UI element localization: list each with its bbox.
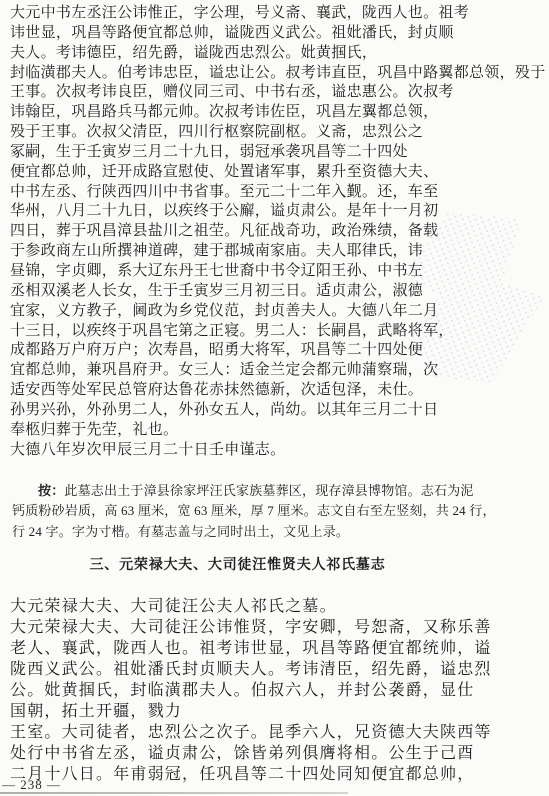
page-number: — 238 — bbox=[2, 777, 61, 793]
text-line: 四日，葬于巩昌漳县盐川之祖茔。凡征战奇功，政治殊绩，备载 bbox=[10, 222, 547, 242]
text-line: 大德八年岁次甲辰三月二十日壬申谨志。 bbox=[10, 441, 547, 461]
section-heading: 三、元荣禄大夫、大司徒汪惟贤夫人祁氏墓志 bbox=[10, 554, 465, 574]
text-line: 王室。大司徒者，忠烈公之次子。昆季六人，兄资德大夫陕西等 bbox=[10, 722, 547, 743]
note-label: 按： bbox=[38, 483, 64, 498]
text-line: 华州，八月二十九日，以疾终于公廨，谥贞肃公。是年十一月初 bbox=[10, 202, 547, 222]
note-text: 此墓志出土于漳县徐家坪汪氏家族墓葬区，现存漳县博物馆。志石为泥 bbox=[64, 483, 473, 498]
text-line: 大元中书左丞汪公讳惟正，字公理，号义斋、襄武，陇西人也。祖考 bbox=[10, 4, 547, 24]
text-line: 国朝，拓土开疆，戮力 bbox=[10, 701, 547, 722]
scan-edge-artifact bbox=[0, 792, 348, 794]
note-line: 按：此墓志出土于漳县徐家坪汪氏家族墓葬区，现存漳县博物馆。志石为泥 bbox=[12, 481, 547, 501]
scanned-book-page: 大元中书左丞汪公讳惟正，字公理，号义斋、襄武，陇西人也。祖考 讳世显，巩昌等路便… bbox=[0, 0, 549, 796]
text-line: 冢嗣，生于壬寅岁三月二十九日，弱冠承袭巩昌等二十四处 bbox=[10, 143, 547, 163]
text-line: 昼锦，字贞卿，系大辽东丹王七世裔中书令辽阳王孙、中书左 bbox=[10, 262, 547, 282]
text-line: 成都路万户府万户；次寿昌，昭勇大将军，巩昌等二十四处便 bbox=[10, 341, 547, 361]
text-line: 大元荣禄大夫、大司徒汪公夫人祁氏之墓。 bbox=[10, 596, 547, 617]
text-line: 二月十八日。年甫弱冠，任巩昌等二十四处同知便宜都总帅， bbox=[10, 764, 547, 785]
text-line: 老人、襄武，陇西人也。祖考讳世显，巩昌等路便宜都统帅，谥 bbox=[10, 638, 547, 659]
text-line: 讳世显，巩昌等路便宜都总帅，谥陇西义武公。祖妣潘氏，封贞顺 bbox=[10, 24, 547, 44]
text-line: 陇西义武公。祖妣潘氏封贞顺夫人。考讳清臣，绍先爵，谥忠烈 bbox=[10, 659, 547, 680]
text-line: 孙男兴孙，外孙男二人，外孙女五人，尚幼。以其年三月二十日 bbox=[10, 401, 547, 421]
text-line: 奉柩归葬于先茔，礼也。 bbox=[10, 421, 547, 441]
text-line: 公。妣黄掴氏，封临潢郡夫人。伯叔六人，并封公袭爵，显仕 bbox=[10, 680, 547, 701]
text-line: 宜都总帅，兼巩昌府尹。女三人：适金兰定会都元帅蒲察瑞，次 bbox=[10, 361, 547, 381]
text-line: 适安西等处军民总管府达鲁花赤抹然德新，次适包泽，未仕。 bbox=[10, 381, 547, 401]
text-line: 便宜都总帅，迁开成路宣慰使、处置诸军事，累升至资德大夫、 bbox=[10, 163, 547, 183]
epitaph-text-block-1: 大元中书左丞汪公讳惟正，字公理，号义斋、襄武，陇西人也。祖考 讳世显，巩昌等路便… bbox=[10, 4, 547, 460]
text-line: 宜家，义方教子，阃政为乡党仪范，封贞善夫人。大德八年二月 bbox=[10, 302, 547, 322]
text-line: 丞相双溪老人长女，生于壬寅岁三月初三日。适贞肃公，淑德 bbox=[10, 282, 547, 302]
text-line: 中书左丞、行陕西四川中书省事。至元二十二年入觐。还，车至 bbox=[10, 183, 547, 203]
text-line: 十三日，以疾终于巩昌宅第之正寝。男二人：长嗣昌，武略将军， bbox=[10, 322, 547, 342]
note-line: 行 24 字。字为寸楷。有墓志盖与之同时出土，文见上录。 bbox=[12, 522, 547, 542]
editor-note-block: 按：此墓志出土于漳县徐家坪汪氏家族墓葬区，现存漳县博物馆。志石为泥 钙质粉砂岩质… bbox=[12, 481, 547, 542]
text-line: 殁于王事。次叔父清臣，四川行枢察院副枢。义斋，忠烈公之 bbox=[10, 123, 547, 143]
text-line: 王事。次叔考讳良臣，赠仪同三司、中书右丞，谥忠惠公。次叔考 bbox=[10, 83, 547, 103]
text-line: 于参政商左山所撰神道碑，建于郡城南家庙。夫人耶律氏，讳 bbox=[10, 242, 547, 262]
text-line: 夫人。考讳德臣，绍先爵，谥陇西忠烈公。妣黄掴氏， bbox=[10, 44, 547, 64]
note-line: 钙质粉砂岩质，高 63 厘米，宽 63 厘米，厚 7 厘米。志文自右至左竖刻，共… bbox=[12, 501, 547, 521]
text-line: 大元荣禄大夫、大司徒汪公讳惟贤，字安卿，号恕斋，又称乐善 bbox=[10, 617, 547, 638]
text-line: 讳翰臣，巩昌路兵马都元帅。次叔考讳佐臣，巩昌左翼都总领， bbox=[10, 103, 547, 123]
text-line: 封临潢郡夫人。伯考讳忠臣，谥忠让公。叔考讳直臣，巩昌中路翼都总领，殁于 bbox=[10, 64, 547, 84]
epitaph-text-block-2: 大元荣禄大夫、大司徒汪公夫人祁氏之墓。 大元荣禄大夫、大司徒汪公讳惟贤，字安卿，… bbox=[10, 596, 547, 785]
text-line: 处行中书省左丞，谥贞肃公，馀皆弟列俱膺将相。公生于己酉 bbox=[10, 743, 547, 764]
